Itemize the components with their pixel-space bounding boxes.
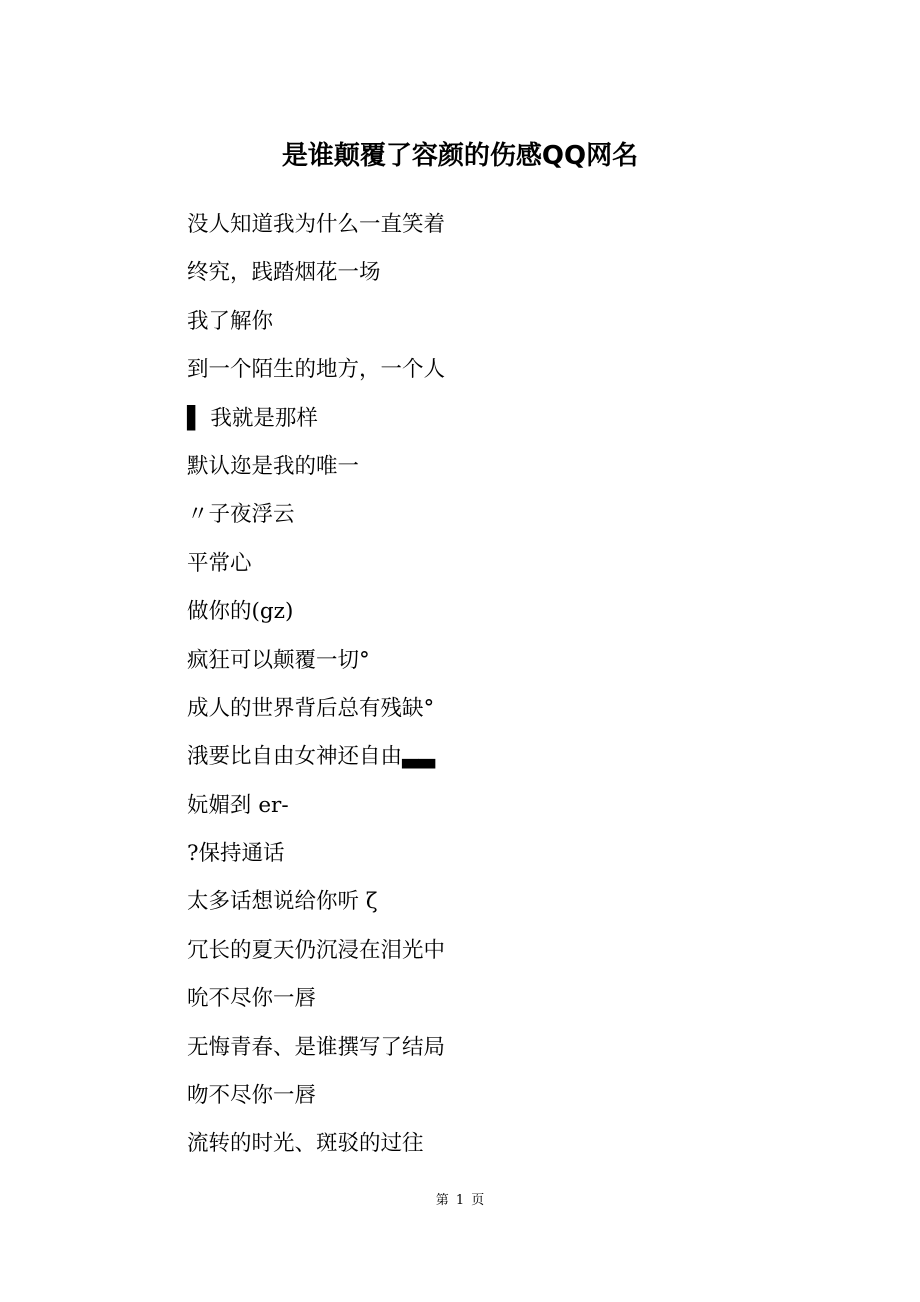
list-item: 涐要比自由女神还自由▃▃ (187, 740, 747, 788)
list-item: 太多话想说给你听 ζ (187, 885, 747, 933)
nickname-list: 没人知道我为什么一直笑着 终究，践踏烟花一场 我了解你 到一个陌生的地方，一个人… (187, 208, 747, 1176)
list-item: 流转的时光、斑驳的过往 (187, 1127, 747, 1175)
list-item: 默认迩是我的唯一 (187, 450, 747, 498)
list-item: 妧媚刭 er- (187, 789, 747, 837)
list-item: ?保持通话 (187, 837, 747, 885)
list-item: 到一个陌生的地方，一个人 (187, 353, 747, 401)
list-item: 吻不尽你一唇 (187, 1079, 747, 1127)
list-item: 平常心 (187, 547, 747, 595)
list-item: 吮不尽你一唇 (187, 982, 747, 1030)
list-item: 〃子夜浮云 (187, 498, 747, 546)
list-item: 无悔青春、是谁撰写了结局 (187, 1031, 747, 1079)
list-item: 冗长的夏天仍沉浸在泪光中 (187, 934, 747, 982)
list-item: 做你的(gz) (187, 595, 747, 643)
page-number: 第 1 页 (0, 1192, 920, 1210)
document-title: 是谁颠覆了容颜的伤感QQ网名 (0, 138, 920, 174)
list-item: ▌ 我就是那样 (187, 402, 747, 450)
list-item: 没人知道我为什么一直笑着 (187, 208, 747, 256)
document-page: 是谁颠覆了容颜的伤感QQ网名 没人知道我为什么一直笑着 终究，践踏烟花一场 我了… (0, 0, 920, 1302)
list-item: 疯狂可以颠覆一切° (187, 644, 747, 692)
list-item: 终究，践踏烟花一场 (187, 256, 747, 304)
list-item: 成人的世界背后总有残缺° (187, 692, 747, 740)
list-item: 我了解你 (187, 305, 747, 353)
